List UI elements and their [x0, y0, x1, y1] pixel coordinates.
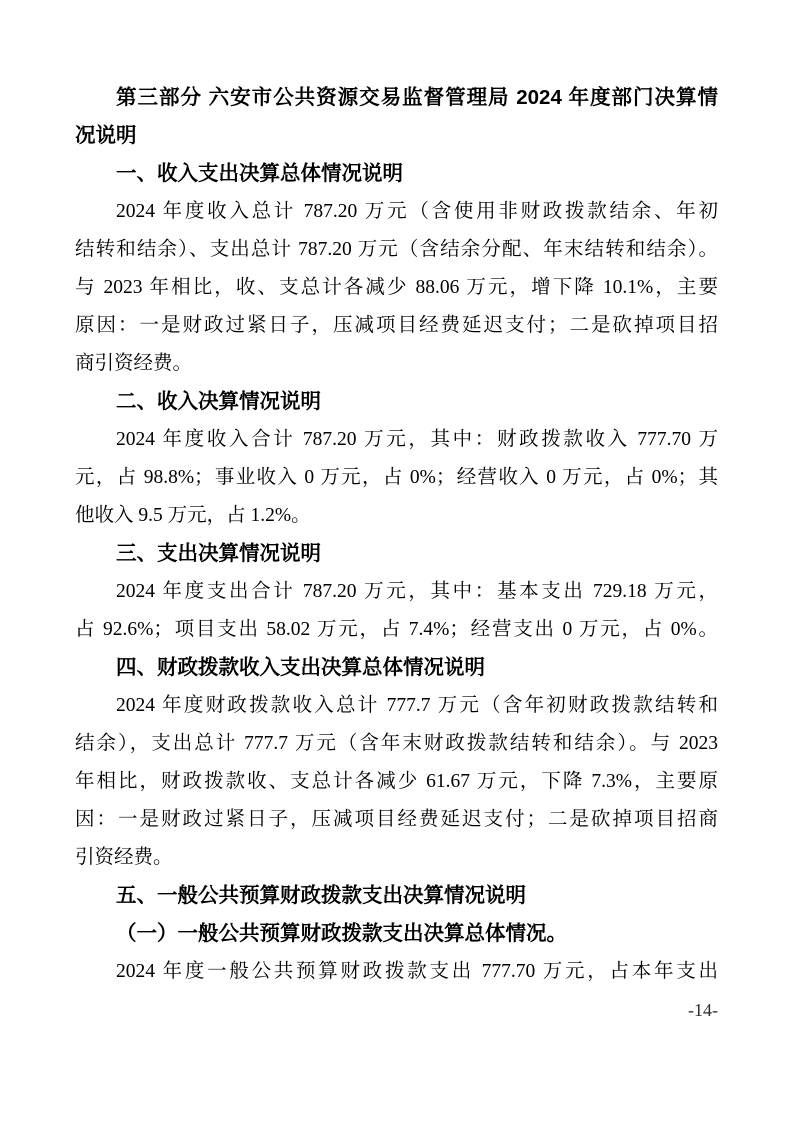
section-5-subheading: （一）一般公共预算财政拨款支出决算总体情况。	[75, 915, 718, 953]
section-4-heading: 四、财政拨款收入支出决算总体情况说明	[75, 649, 718, 687]
paragraph-line: 与 2023 年相比，收、支总计各减少 88.06 万元，增下降 10.1%，主…	[75, 269, 718, 307]
paragraph-line: 2024 年度收入合计 787.20 万元，其中：财政拨款收入 777.70 万	[75, 421, 718, 459]
page-number: -14-	[75, 991, 718, 1029]
paragraph-line: 商引资经费。	[75, 345, 718, 383]
paragraph-line: 2024 年度财政拨款收入总计 777.7 万元（含年初财政拨款结转和	[75, 687, 718, 725]
section-3-heading: 三、支出决算情况说明	[75, 535, 718, 573]
section-5-heading: 五、一般公共预算财政拨款支出决算情况说明	[75, 877, 718, 915]
paragraph-line: 2024 年度收入总计 787.20 万元（含使用非财政拨款结余、年初	[75, 193, 718, 231]
document-page: 第三部分 六安市公共资源交易监督管理局 2024 年度部门决算情 况说明 一、收…	[0, 0, 793, 1122]
document-title-line-2: 况说明	[75, 117, 718, 155]
paragraph-line: 2024 年度支出合计 787.20 万元，其中：基本支出 729.18 万元，	[75, 573, 718, 611]
section-1-heading: 一、收入支出决算总体情况说明	[75, 155, 718, 193]
document-title-line-1: 第三部分 六安市公共资源交易监督管理局 2024 年度部门决算情	[75, 79, 718, 117]
paragraph-line: 结余），支出总计 777.7 万元（含年末财政拨款结转和结余）。与 2023	[75, 725, 718, 763]
section-2-heading: 二、收入决算情况说明	[75, 383, 718, 421]
paragraph-line: 元，占 98.8%；事业收入 0 万元，占 0%；经营收入 0 万元，占 0%；…	[75, 459, 718, 497]
paragraph-line: 引资经费。	[75, 839, 718, 877]
paragraph-line: 结转和结余）、支出总计 787.20 万元（含结余分配、年末结转和结余）。	[75, 231, 718, 269]
paragraph-line: 年相比，财政拨款收、支总计各减少 61.67 万元，下降 7.3%，主要原	[75, 763, 718, 801]
paragraph-line: 2024 年度一般公共预算财政拨款支出 777.70 万元，占本年支出	[75, 953, 718, 991]
paragraph-line: 占 92.6%；项目支出 58.02 万元，占 7.4%；经营支出 0 万元，占…	[75, 611, 718, 649]
paragraph-line: 因：一是财政过紧日子，压减项目经费延迟支付；二是砍掉项目招商	[75, 801, 718, 839]
paragraph-line: 他收入 9.5 万元，占 1.2%。	[75, 497, 718, 535]
paragraph-line: 原因：一是财政过紧日子，压减项目经费延迟支付；二是砍掉项目招	[75, 307, 718, 345]
